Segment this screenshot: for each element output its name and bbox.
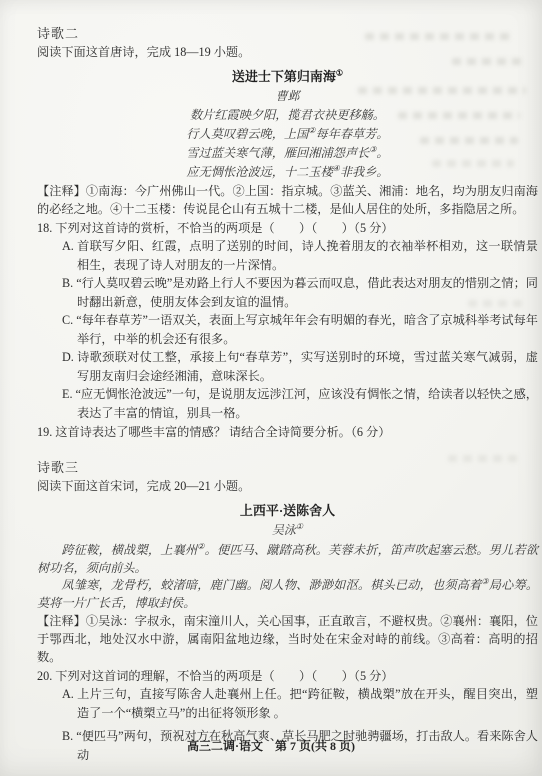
poem2-title-note-marker: ① — [336, 69, 343, 78]
poem2-annotations: 【注释】①南海：今广州佛山一代。②上国：指京城。③蓝关、湘浦：地名，均为朋友归南… — [37, 182, 538, 218]
question-18-option-e: E.“应无惆怅沧波远”一句，是说朋友远涉江河，应该没有惆怅之情，给读者以轻快之感… — [37, 385, 538, 422]
question-18-option-a: A.首联写夕阳、红霞，点明了送别的时间，诗人挽着朋友的衣袖举杯相劝，这一联情景相… — [37, 237, 538, 274]
section-heading-poem2: 诗歌二 — [37, 25, 538, 43]
instruction-poem3: 阅读下面这首宋词，完成 20—21 小题。 — [37, 477, 538, 495]
poem2-verse-line: 应无惆怅沧波远，十二玉楼④非我乡。 — [37, 163, 538, 182]
poem2-title-text: 送进士下第归南海 — [232, 69, 336, 84]
exam-page-scan: 诗歌二 阅读下面这首唐诗，完成 18—19 小题。 送进士下第归南海① 曹邺 数… — [0, 0, 542, 776]
question-19-stem: 19. 这首诗表达了哪些丰富的情感？ 请结合全诗简要分析。（6 分） — [37, 423, 538, 441]
poem2-title: 送进士下第归南海① — [37, 67, 538, 87]
page-content: 诗歌二 阅读下面这首唐诗，完成 18—19 小题。 送进士下第归南海① 曹邺 数… — [37, 25, 538, 764]
poem3-ci-text: 跨征鞍，横战槊，上襄州②。便匹马、蹴踏高秋。芙蓉未折，笛声吹起塞云愁。男儿若欲树… — [37, 542, 538, 612]
poem2-verse-line: 雪过蓝关寒气薄，雁回湘浦怨声长③。 — [37, 144, 538, 163]
poem3-author-note-marker: ① — [296, 522, 303, 531]
question-18-option-b: B.“行人莫叹碧云晚”是劝路上行人不要因为暮云而叹息，借此表达对朋友的惜别之情；… — [37, 274, 538, 311]
section-heading-poem3: 诗歌三 — [37, 459, 538, 477]
poem3-stanza-1: 跨征鞍，横战槊，上襄州②。便匹马、蹴踏高秋。芙蓉未折，笛声吹起塞云愁。男儿若欲树… — [37, 542, 538, 577]
note-marker: ④ — [333, 164, 340, 173]
poem3-title: 上西平·送陈舍人 — [37, 501, 538, 521]
question-18-option-c: C.“每年春草芳”一语双关，表面上写京城年年会有明媚的春光，暗含了京城科举考试每… — [37, 311, 538, 348]
question-20-option-a: A.上片三句，直接写陈舍人赴襄州上任。把“跨征鞍，横战槊”放在开头，醒目突出，塑… — [37, 685, 538, 722]
poem2-verse-line: 数片红霞映夕阳，揽君衣袂更移觞。 — [37, 106, 538, 125]
instruction-poem2: 阅读下面这首唐诗，完成 18—19 小题。 — [37, 43, 538, 61]
poem3-author: 吴泳① — [37, 521, 538, 540]
question-18-stem: 18. 下列对这首诗的赏析，不恰当的两项是（ ）（ ）（5 分） — [37, 219, 538, 237]
question-20-stem: 20. 下列对这首词的理解，不恰当的两项是（ ）（ ）（5 分） — [37, 667, 538, 685]
note-marker: ② — [197, 542, 204, 551]
question-18-option-d: D.诗歌颈联对仗工整，承接上句“春草芳”，实写送别时的环境，雪过蓝关寒气减弱，虚… — [37, 348, 538, 385]
note-marker: ③ — [481, 577, 488, 586]
poem2-verse-line: 行人莫叹碧云晚，上国②每年春草芳。 — [37, 125, 538, 144]
page-footer: 高三二调·语文 第 7 页(共 8 页) — [0, 737, 542, 754]
poem2-author: 曹邺 — [37, 87, 538, 106]
poem3-annotations: 【注释】①吴泳：字叔永，南宋潼川人，关心国事，正直敢言，不避权贵。②襄州：襄阳，… — [37, 612, 538, 666]
poem3-stanza-2: 凤雏寒，龙骨朽，蛟渚暗，鹿门幽。阅人物、渺渺如沤。棋头已动，也须高着③局心筹。莫… — [37, 577, 538, 612]
